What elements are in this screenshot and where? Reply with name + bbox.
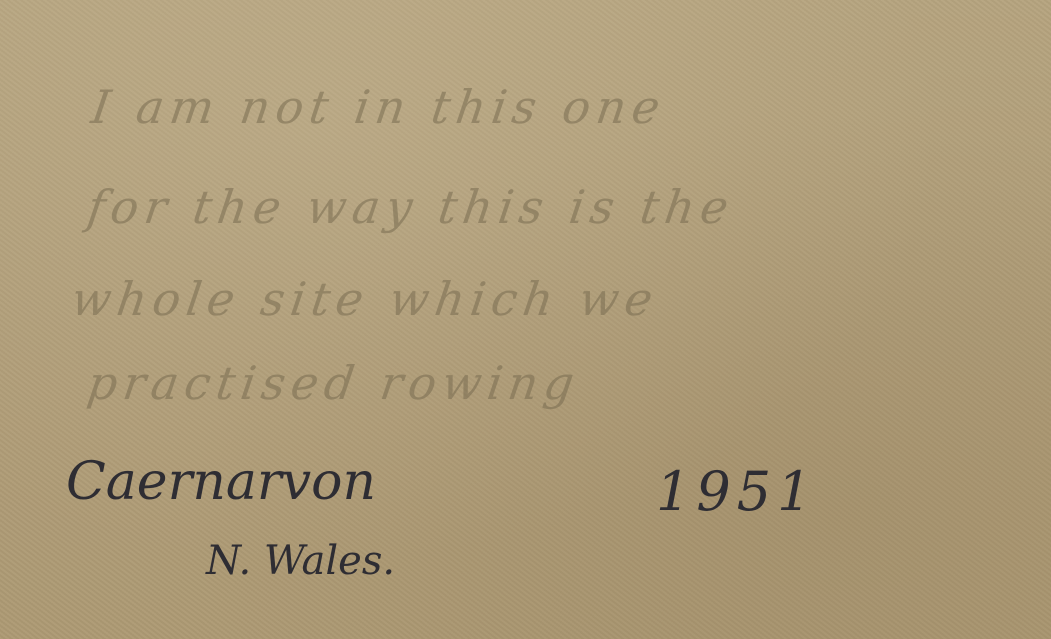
pencil-line-1: I am not in this one	[88, 80, 669, 134]
place-name: Caernarvon	[66, 452, 376, 512]
pencil-line-2: for the way this is the	[84, 180, 738, 234]
region-name: N. Wales.	[206, 538, 395, 584]
pencil-line-3: whole site which we	[68, 272, 662, 326]
year: 1951	[656, 460, 817, 523]
pencil-line-4: practised rowing	[84, 356, 583, 410]
